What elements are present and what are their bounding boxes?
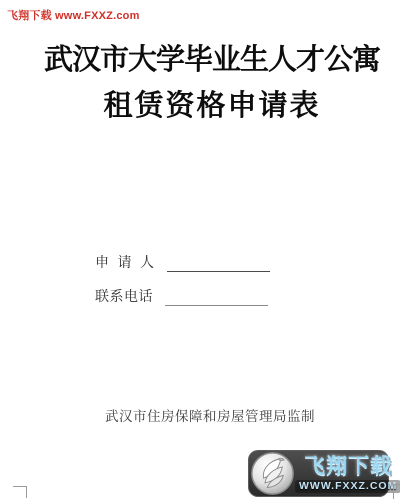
fxxz-bird-logo-icon — [250, 451, 295, 496]
badge-url-text: WWW.FXXZ.COM — [295, 480, 400, 493]
badge-brand-text: 飞翔下载 — [304, 455, 392, 479]
applicant-row: 申 请 人 — [95, 254, 270, 272]
page-margin-mark-bottom-right — [393, 484, 400, 499]
issuer-line: 武汉市住房保障和房屋管理局监制 — [0, 405, 400, 425]
phone-row: 联系电话 — [95, 288, 270, 306]
phone-label: 联系电话 — [95, 290, 153, 306]
page-margin-mark-bottom-left — [13, 486, 27, 498]
applicant-fill-line — [167, 256, 270, 272]
site-watermark-top: 飞翔下载 www.FXXZ.com — [7, 7, 140, 23]
document-page: 飞翔下载 www.FXXZ.com 武汉市大学毕业生人才公寓 租赁资格申请表 申… — [0, 0, 400, 504]
fxxz-watermark-badge: 飞翔下载 WWW.FXXZ.COM — [248, 450, 389, 497]
title-line-2: 租赁资格申请表 — [24, 89, 400, 123]
badge-text-column: 飞翔下载 WWW.FXXZ.COM — [295, 455, 400, 493]
document-title: 武汉市大学毕业生人才公寓 租赁资格申请表 — [0, 42, 400, 123]
phone-fill-line — [165, 290, 268, 306]
title-line-1: 武汉市大学毕业生人才公寓 — [24, 42, 400, 78]
applicant-label: 申 请 人 — [95, 256, 155, 272]
applicant-form-block: 申 请 人 联系电话 — [95, 254, 270, 322]
